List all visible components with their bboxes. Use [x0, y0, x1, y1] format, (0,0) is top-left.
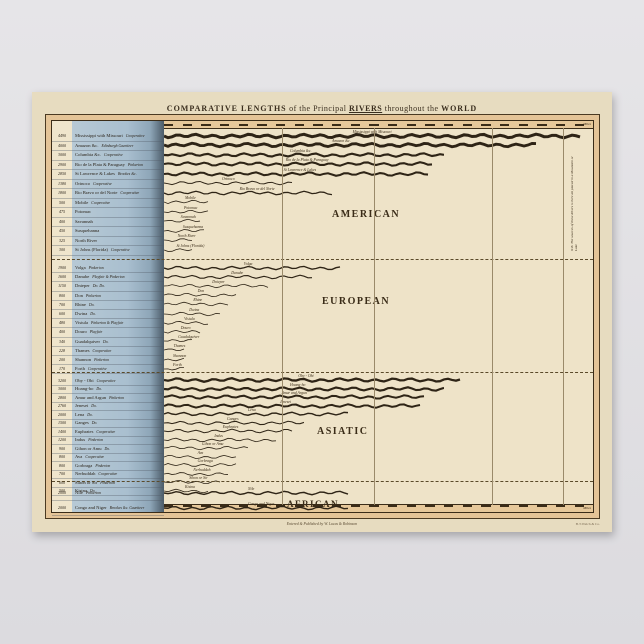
- river-miles: 4490: [52, 133, 72, 138]
- river-name: AvaCooperative: [72, 454, 104, 459]
- scale-tick: [425, 505, 434, 507]
- scale-tick: [220, 124, 229, 126]
- river-line-label: Shannon: [173, 354, 186, 358]
- river-line-label: Nerbuddah: [193, 468, 210, 472]
- scale-tick: [425, 124, 434, 126]
- chart-title: COMPARATIVE LENGTHS of the Principal RIV…: [32, 104, 612, 113]
- river-miles: 2900: [52, 162, 72, 167]
- scale-tick: [201, 124, 210, 126]
- scale-tick: [556, 505, 565, 507]
- river-line-label: Rhine: [193, 298, 202, 302]
- river-line-label: Lena: [248, 408, 256, 412]
- river-miles: 475: [52, 209, 72, 214]
- river-miles: 800: [52, 463, 72, 468]
- river-line-label: Don: [198, 289, 205, 293]
- river-name: OrinocoCooperative: [72, 181, 112, 186]
- river-line-label: Hoang-ho: [290, 383, 305, 387]
- river-line-label: St Lawrence & Lakes: [284, 168, 316, 172]
- river-line-label: Ganges: [227, 417, 239, 421]
- river-line-label: Amur and Argun: [282, 391, 307, 395]
- river-miles: 800: [52, 293, 72, 298]
- river-miles: 900: [52, 446, 72, 451]
- river-miles: 1600: [52, 274, 72, 279]
- river-name: Congo and NigerBrookes &c. Gazetteer: [72, 505, 144, 510]
- river-miles: 2000: [52, 412, 72, 417]
- grid-line: [492, 128, 493, 505]
- river-line-label: Indus: [214, 434, 222, 438]
- river-miles: 1200: [52, 437, 72, 442]
- grid-line: [374, 128, 375, 505]
- river-line-label: Susquehanna: [183, 225, 203, 229]
- title-part-5: WORLD: [441, 104, 477, 113]
- river-miles: 1380: [52, 181, 72, 186]
- river-line-label: Amazon &c.: [332, 139, 351, 143]
- river-miles: 340: [52, 339, 72, 344]
- river-name: Columbia &c.Cooperative: [72, 152, 123, 157]
- river-row: 300St Johns (Florida)Cooperative: [52, 245, 164, 256]
- river-line-label: Congo and Niger: [248, 502, 274, 506]
- river-name: Savannah: [72, 219, 93, 224]
- river-miles: 2000: [52, 505, 72, 510]
- river-line-label: North River: [178, 234, 196, 238]
- river-line-label: Dwina: [189, 308, 199, 312]
- river-name: ForthCooperative: [72, 366, 107, 371]
- river-name: JeneseiDo.: [72, 403, 97, 408]
- river-line-label: Vistula: [184, 317, 194, 321]
- river-name: St Johns (Florida)Cooperative: [72, 247, 130, 252]
- river-miles: 480: [52, 320, 72, 325]
- river-name: IndusPinkerton: [72, 437, 103, 442]
- river-name: MobileCooperative: [72, 200, 110, 205]
- river-line-label: St Johns (Florida): [177, 244, 205, 248]
- river-name: Rio de la Plata & ParaguayPinkerton: [72, 162, 143, 167]
- river-name: DwinaDo.: [72, 311, 96, 316]
- river-line-label: Forth: [173, 363, 182, 367]
- river-name: North River: [72, 238, 97, 243]
- title-part-1: COMPARATIVE LENGTHS: [167, 104, 287, 113]
- scale-tick: [444, 505, 453, 507]
- scale-tick: [164, 124, 173, 126]
- river-miles: 3200: [52, 378, 72, 383]
- river-miles: 1500: [52, 420, 72, 425]
- scale-tick: [369, 124, 378, 126]
- river-line-label: Rio Bravo or del Norte: [240, 187, 275, 191]
- river-name: RhineDo.: [72, 302, 95, 307]
- scale-tick: [463, 124, 472, 126]
- river-name: DanubePlayfair & Pinkerton: [72, 274, 125, 279]
- river-miles: 325: [52, 238, 72, 243]
- scale-tick: [313, 124, 322, 126]
- region-separator: [52, 372, 593, 373]
- scale-tick: [556, 124, 565, 126]
- river-name: GangesDo.: [72, 420, 97, 425]
- scale-tick: [407, 505, 416, 507]
- river-line-label: Danube: [231, 271, 243, 275]
- river-miles: 170: [52, 366, 72, 371]
- river-name: Potomac: [72, 209, 91, 214]
- river-miles: 700: [52, 471, 72, 476]
- scale-tick: [500, 505, 509, 507]
- river-miles: 400: [52, 219, 72, 224]
- river-line-label: Potomac: [184, 206, 198, 210]
- river-miles: 1150: [52, 283, 72, 288]
- river-line-label: Douro: [181, 326, 191, 330]
- title-part-4: throughout the: [385, 104, 439, 113]
- river-line: [164, 402, 422, 410]
- scale-tick: [444, 124, 453, 126]
- river-miles: 200: [52, 357, 72, 362]
- region-separator: [52, 259, 593, 260]
- region-asiatic: ASIATIC: [317, 426, 368, 437]
- river-miles: 228: [52, 348, 72, 353]
- river-line: [164, 264, 341, 272]
- river-name: VolgaPinkerton: [72, 265, 104, 270]
- scale-tick: [537, 505, 546, 507]
- river-name: GorbragaPinkerton: [72, 463, 110, 468]
- river-line-label: Gihon or Amu: [202, 442, 224, 446]
- river-name: ShannonPinkerton: [72, 357, 109, 362]
- river-name: GuadalquiverDo.: [72, 339, 109, 344]
- scale-tick: [481, 505, 490, 507]
- river-line-label: Oby - Obi: [298, 374, 313, 378]
- scale-tick: [295, 124, 304, 126]
- river-name: NerbuddahCooperative: [72, 471, 117, 476]
- signature: B.T.Welch & Co.: [576, 522, 600, 526]
- river-line-label: Columbia &c.: [290, 149, 312, 153]
- river-line-label: Sihon or Sir: [189, 476, 207, 480]
- river-line: [164, 489, 351, 497]
- river-name: DonPinkerton: [72, 293, 101, 298]
- river-name: LenaDo.: [72, 412, 93, 417]
- river-miles: 800: [52, 454, 72, 459]
- river-name: EuphratesCooperative: [72, 429, 115, 434]
- scale-tick: [388, 124, 397, 126]
- river-line-label: Euphrates: [223, 425, 239, 429]
- river-row: 2000Congo and NigerBrookes &c. Gazetteer: [52, 500, 164, 516]
- scale-tick: [239, 124, 248, 126]
- grid-line: [282, 128, 283, 505]
- river-miles: 300: [52, 247, 72, 252]
- river-name: DnieperDo. Do.: [72, 283, 105, 288]
- chart-area: Miles Miles 4490Mississippi with Missour…: [51, 120, 594, 513]
- river-name: Susquehanna: [72, 228, 99, 233]
- publisher-credit: Entered & Published by W. Lucas & Robins…: [32, 522, 612, 526]
- river-line-label: Nile: [248, 487, 254, 491]
- river-miles: 1800: [52, 190, 72, 195]
- river-row: 2000NilePinkerton: [52, 485, 164, 501]
- river-miles: 2760: [52, 403, 72, 408]
- region-separator: [52, 481, 593, 482]
- river-miles: 3000: [52, 386, 72, 391]
- river-line-label: Guadalquiver: [178, 335, 199, 339]
- scale-tick: [351, 505, 360, 507]
- region-american: AMERICAN: [332, 209, 400, 220]
- scale-tick: [351, 124, 360, 126]
- river-miles: 500: [52, 200, 72, 205]
- scale-tick: [276, 124, 285, 126]
- scale-tick: [519, 124, 528, 126]
- grid-line: [563, 128, 564, 505]
- scale-tick: [463, 505, 472, 507]
- river-name: St Lawrence & LakesBrookes &c.: [72, 171, 137, 176]
- river-miles: 2800: [52, 395, 72, 400]
- river-miles: 450: [52, 228, 72, 233]
- river-name: DouroPlayfair: [72, 329, 102, 334]
- river-miles: 1900: [52, 265, 72, 270]
- poster-paper: COMPARATIVE LENGTHS of the Principal RIV…: [32, 92, 612, 532]
- river-line-label: Mississippi with Missouri: [353, 130, 392, 134]
- scale-tick: [369, 505, 378, 507]
- river-name: ThamesCooperative: [72, 348, 111, 353]
- river-miles: 400: [52, 329, 72, 334]
- river-line-label: Rio de la Plata & Paraguay: [286, 158, 329, 162]
- scale-unit-label: Miles: [583, 506, 591, 510]
- river-name: Amur and ArgunPinkerton: [72, 395, 124, 400]
- river-line-label: Thames: [174, 344, 186, 348]
- river-miles: 700: [52, 302, 72, 307]
- scale-tick: [481, 124, 490, 126]
- scale-unit-label: Miles: [583, 122, 591, 126]
- scale-tick: [500, 124, 509, 126]
- scale-tick: [407, 124, 416, 126]
- river-name: Hoang-hoDo.: [72, 386, 102, 391]
- river-line-label: Gorbraga: [198, 459, 213, 463]
- river-name: Rio Bravo or del NorteCooperative: [72, 190, 139, 195]
- source-note: N.B. The sources of these Rivers is here…: [570, 151, 578, 251]
- river-name: Gihon or AmuDo.: [72, 446, 110, 451]
- river-line-label: Orinoco: [222, 177, 235, 181]
- river-line-label: Dnieper: [212, 280, 224, 284]
- river-miles: 3000: [52, 152, 72, 157]
- scale-top: Miles: [164, 121, 593, 129]
- river-name: NilePinkerton: [72, 490, 101, 495]
- river-miles: 2000: [52, 490, 72, 495]
- river-miles: 1400: [52, 429, 72, 434]
- river-line-label: Ava: [198, 451, 204, 455]
- region-european: EUROPEAN: [322, 296, 390, 307]
- river-miles: 4000: [52, 143, 72, 148]
- chart-frame: Miles Miles 4490Mississippi with Missour…: [45, 114, 600, 519]
- scale-tick: [257, 124, 266, 126]
- scale-tick: [388, 505, 397, 507]
- river-line: [164, 410, 351, 418]
- river-name: Mississippi with MissouriCooperative: [72, 133, 145, 138]
- scale-tick: [183, 124, 192, 126]
- scale-tick: [519, 505, 528, 507]
- river-line-label: Mobile: [185, 196, 196, 200]
- title-part-2: of the Principal: [289, 104, 346, 113]
- river-name: Amazon &c.Edinburgh Gazetteer: [72, 143, 133, 148]
- title-part-3: RIVERS: [349, 104, 382, 113]
- scale-tick: [537, 124, 546, 126]
- river-line-label: Savannah: [181, 215, 196, 219]
- river-miles: 2850: [52, 171, 72, 176]
- river-miles: 600: [52, 311, 72, 316]
- river-line-label: Volga: [244, 262, 253, 266]
- river-name: Oby - ObiCooperative: [72, 378, 115, 383]
- river-name: VistulaPinkerton & Playfair: [72, 320, 123, 325]
- scale-tick: [332, 124, 341, 126]
